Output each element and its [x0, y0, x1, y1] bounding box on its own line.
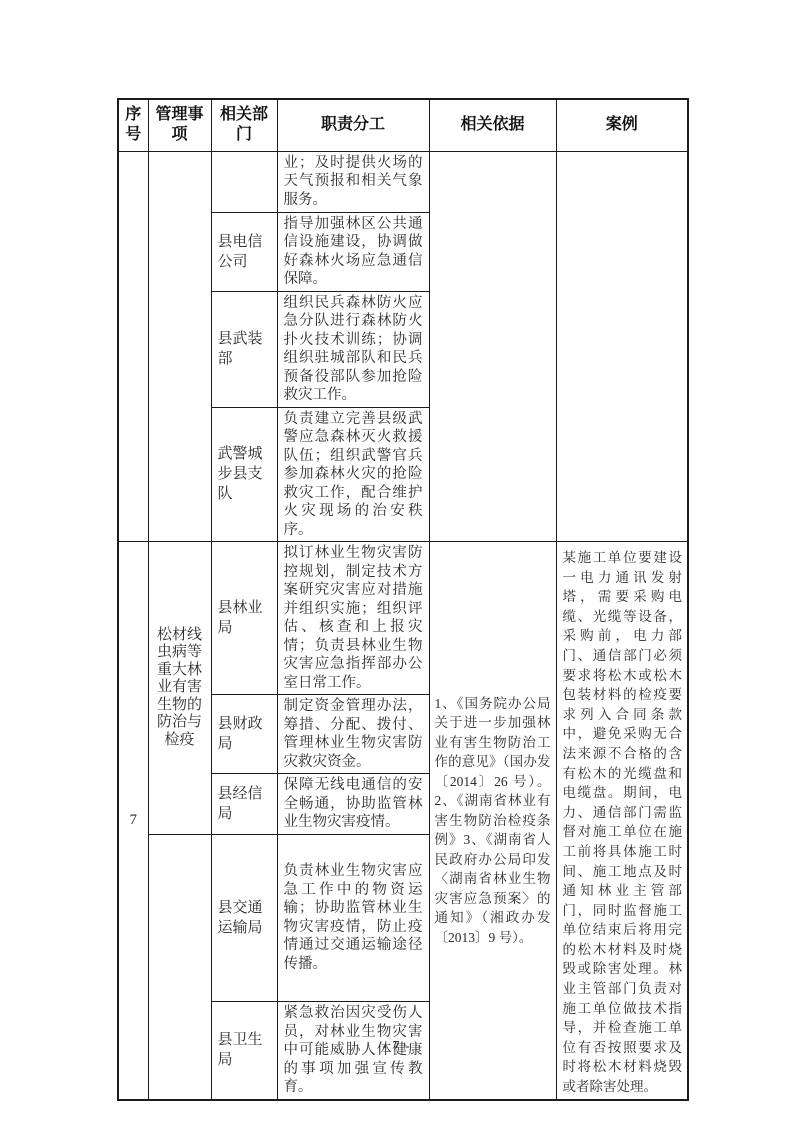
- header-duty: 职责分工: [277, 99, 429, 151]
- duty-cell: 拟订林业生物灾害防控规划，制定技术方案研究灾害应对措施并组织实施；组织评估、核查…: [277, 542, 429, 695]
- duty-cell: 组织民兵森林防火应急分队进行森林防火扑火技术训练；协调组织驻城部队和民兵预备役部…: [277, 291, 429, 407]
- document-page: 序号 管理事项 相关部门 职责分工 相关依据 案例 业；及时提供火场的天气预报和…: [0, 0, 793, 1122]
- header-department: 相关部门: [211, 99, 277, 151]
- case-cell: 某施工单位要建设一电力通讯发射塔，需要采购电缆、光缆等设备，采购前，电力部门、通…: [556, 542, 688, 1100]
- header-case: 案例: [556, 99, 688, 151]
- duty-cell: 指导加强林区公共通信设施建设，协调做好森林火场应急通信保障。: [277, 212, 429, 291]
- table-header-row: 序号 管理事项 相关部门 职责分工 相关依据 案例: [118, 99, 688, 151]
- department-cell: 县武装部: [211, 291, 277, 407]
- department-cell: 县林业局: [211, 542, 277, 695]
- header-serial: 序号: [118, 99, 148, 151]
- header-category: 管理事项: [148, 99, 211, 151]
- category-cell: 松材线虫病等重大林业有害生物的防治与检疫: [148, 542, 211, 835]
- serial-cell: 7: [118, 542, 148, 1100]
- department-cell: 武警城步县支队: [211, 407, 277, 542]
- duty-cell: 业；及时提供火场的天气预报和相关气象服务。: [277, 151, 429, 212]
- case-cell: [556, 151, 688, 542]
- basis-cell: [429, 151, 556, 542]
- duty-cell: 负责林业生物灾害应急工作中的物资运输；协助监管林业生物灾害疫情，防止疫情通过交通…: [277, 834, 429, 1002]
- responsibility-table: 序号 管理事项 相关部门 职责分工 相关依据 案例 业；及时提供火场的天气预报和…: [117, 98, 689, 1101]
- serial-cell: [118, 151, 148, 542]
- department-cell: 县经信局: [211, 774, 277, 835]
- table-row: 7 松材线虫病等重大林业有害生物的防治与检疫 县林业局 拟订林业生物灾害防控规划…: [118, 542, 688, 695]
- header-basis: 相关依据: [429, 99, 556, 151]
- category-cell: [148, 151, 211, 542]
- department-cell: [211, 151, 277, 212]
- department-cell: 县交通运输局: [211, 834, 277, 1002]
- table-row: 业；及时提供火场的天气预报和相关气象服务。: [118, 151, 688, 212]
- department-cell: 县电信公司: [211, 212, 277, 291]
- basis-cell: 1、《国务院办公局关于进一步加强林业有害生物防治工作的意见》（国办发〔2014〕…: [429, 542, 556, 1100]
- department-cell: 县财政局: [211, 695, 277, 774]
- duty-cell: 制定资金管理办法，筹措、分配、拨付、管理林业生物灾害防灾救灾资金。: [277, 695, 429, 774]
- duty-cell: 保障无线电通信的安全畅通，协助监管林业生物灾害疫情。: [277, 774, 429, 835]
- page-number: - 7 -: [0, 1039, 793, 1055]
- category-cell-empty: [148, 834, 211, 1100]
- duty-cell: 负责建立完善县级武警应急森林灭火救援队伍；组织武警官兵参加森林火灾的抢险救灾工作…: [277, 407, 429, 542]
